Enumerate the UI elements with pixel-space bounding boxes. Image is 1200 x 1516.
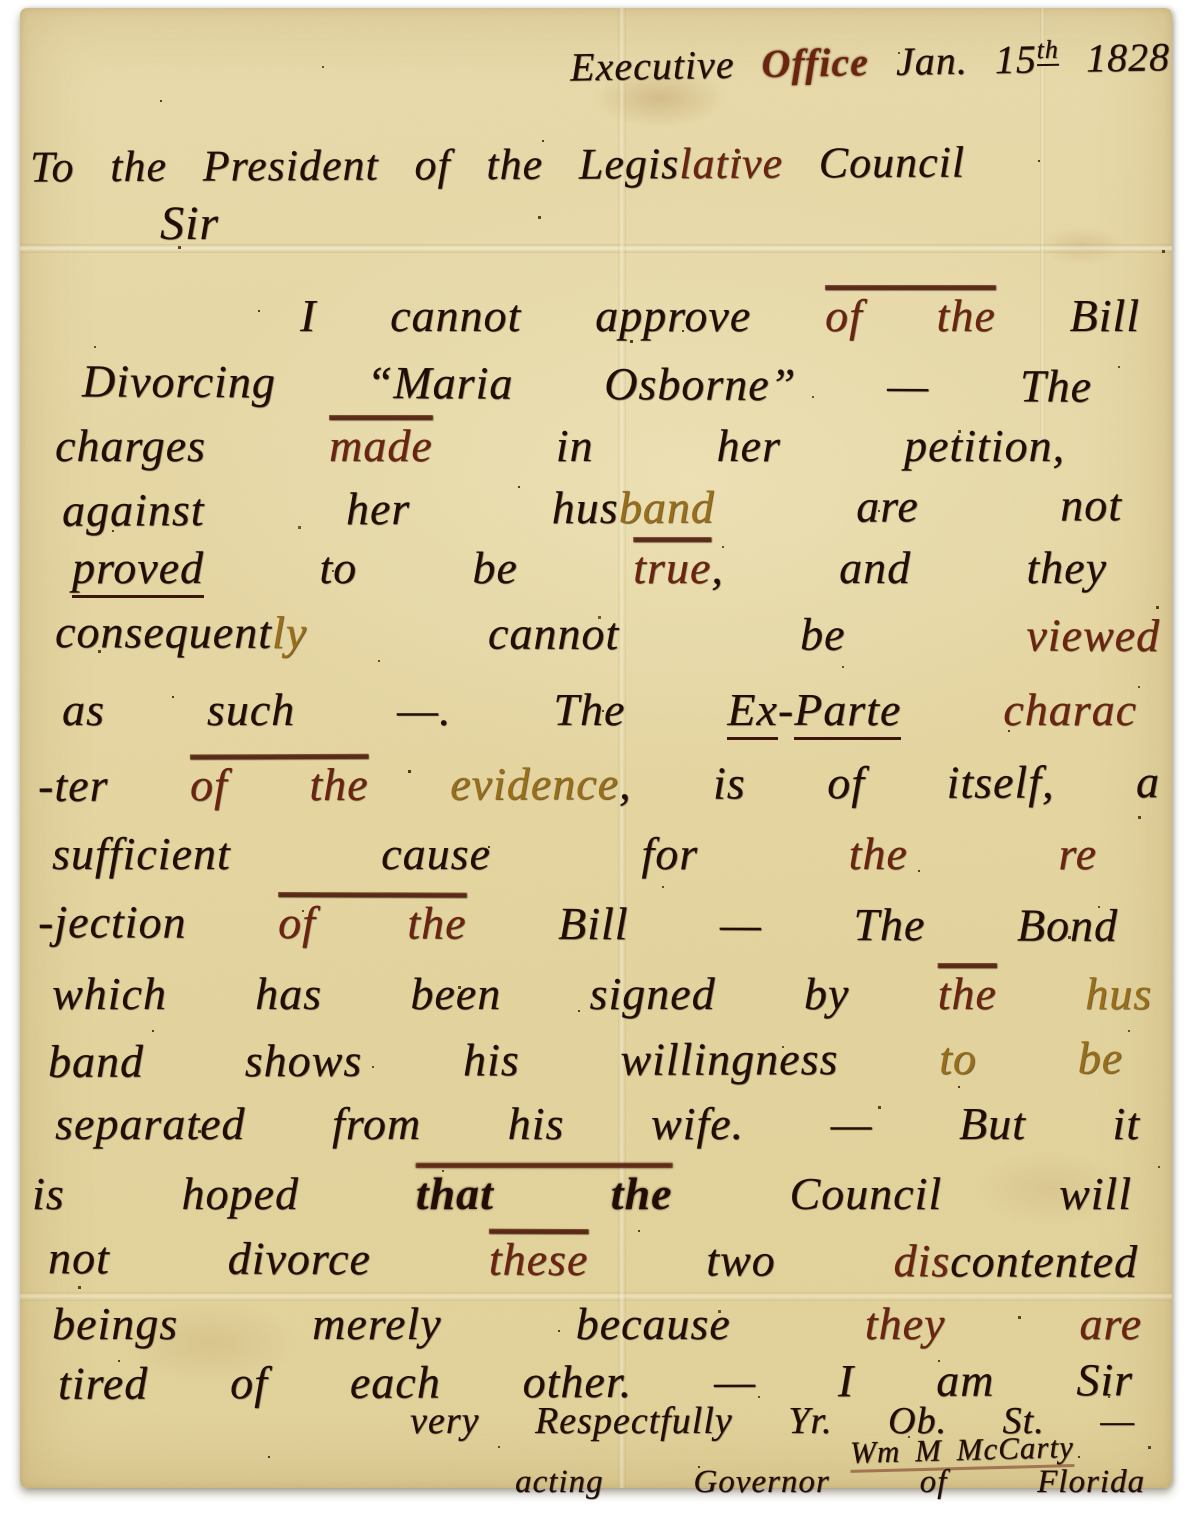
body-line-5: proved to be true, and they	[72, 542, 1107, 595]
underlined-word-ex: Ex	[727, 684, 778, 740]
addressee-line: To the President of the Legislative Coun…	[30, 138, 965, 193]
salutation: Sir	[160, 196, 219, 251]
body-line-15: not divorce these two discontented	[48, 1232, 1138, 1289]
dateline: Executive Office Jan. 15th 1828	[570, 33, 1171, 91]
addressee-faded: lative	[679, 139, 783, 189]
addressee-text: To the President of the Legis	[30, 139, 679, 191]
dateline-date: Jan. 15	[869, 36, 1038, 84]
salutation-text: Sir	[160, 197, 219, 250]
body-line-6: consequently cannot be viewed	[55, 606, 1160, 663]
signature-title: acting Governor of Florida	[515, 1464, 1145, 1502]
body-line-9: sufficient cause for the re	[52, 828, 1097, 881]
body-line-3: charges made in her petition,	[55, 420, 1065, 473]
dateline-office: Office	[761, 39, 869, 86]
body-line-14: is hoped that the Council will	[32, 1168, 1132, 1221]
body-line-7: as such —. The Ex-Parte charac	[62, 684, 1137, 737]
underlined-word-parte: Parte	[794, 684, 901, 740]
body-line-12: band shows his willingness to be	[48, 1032, 1123, 1089]
body-line-11: which has been signed by the hus	[52, 968, 1152, 1021]
body-line-8: -ter of the evidence, is of itself, a	[38, 756, 1160, 813]
body-line-1: I cannot approve of the Bill	[300, 290, 1140, 343]
underlined-word-proved: proved	[72, 542, 204, 598]
ink-speckles-large	[20, 8, 23, 11]
dateline-executive: Executive	[570, 41, 762, 89]
body-line-4: against her husband are not	[62, 479, 1122, 537]
body-line-13: separated from his wife. — But it	[55, 1098, 1140, 1151]
overwritten-words: that the	[416, 1168, 673, 1219]
body-line-16: beings merely because they are	[52, 1298, 1142, 1351]
addressee-council: Council	[783, 138, 965, 188]
body-line-2: Divorcing “Maria Osborne” — The	[82, 355, 1092, 413]
letter-paper: Executive Office Jan. 15th 1828 To the P…	[20, 8, 1172, 1488]
letter-scan: Executive Office Jan. 15th 1828 To the P…	[0, 0, 1200, 1516]
dateline-year: 1828	[1059, 34, 1171, 81]
dateline-ordinal: th	[1036, 35, 1059, 66]
body-line-10: -jection of the Bill — The Bond	[38, 896, 1118, 953]
